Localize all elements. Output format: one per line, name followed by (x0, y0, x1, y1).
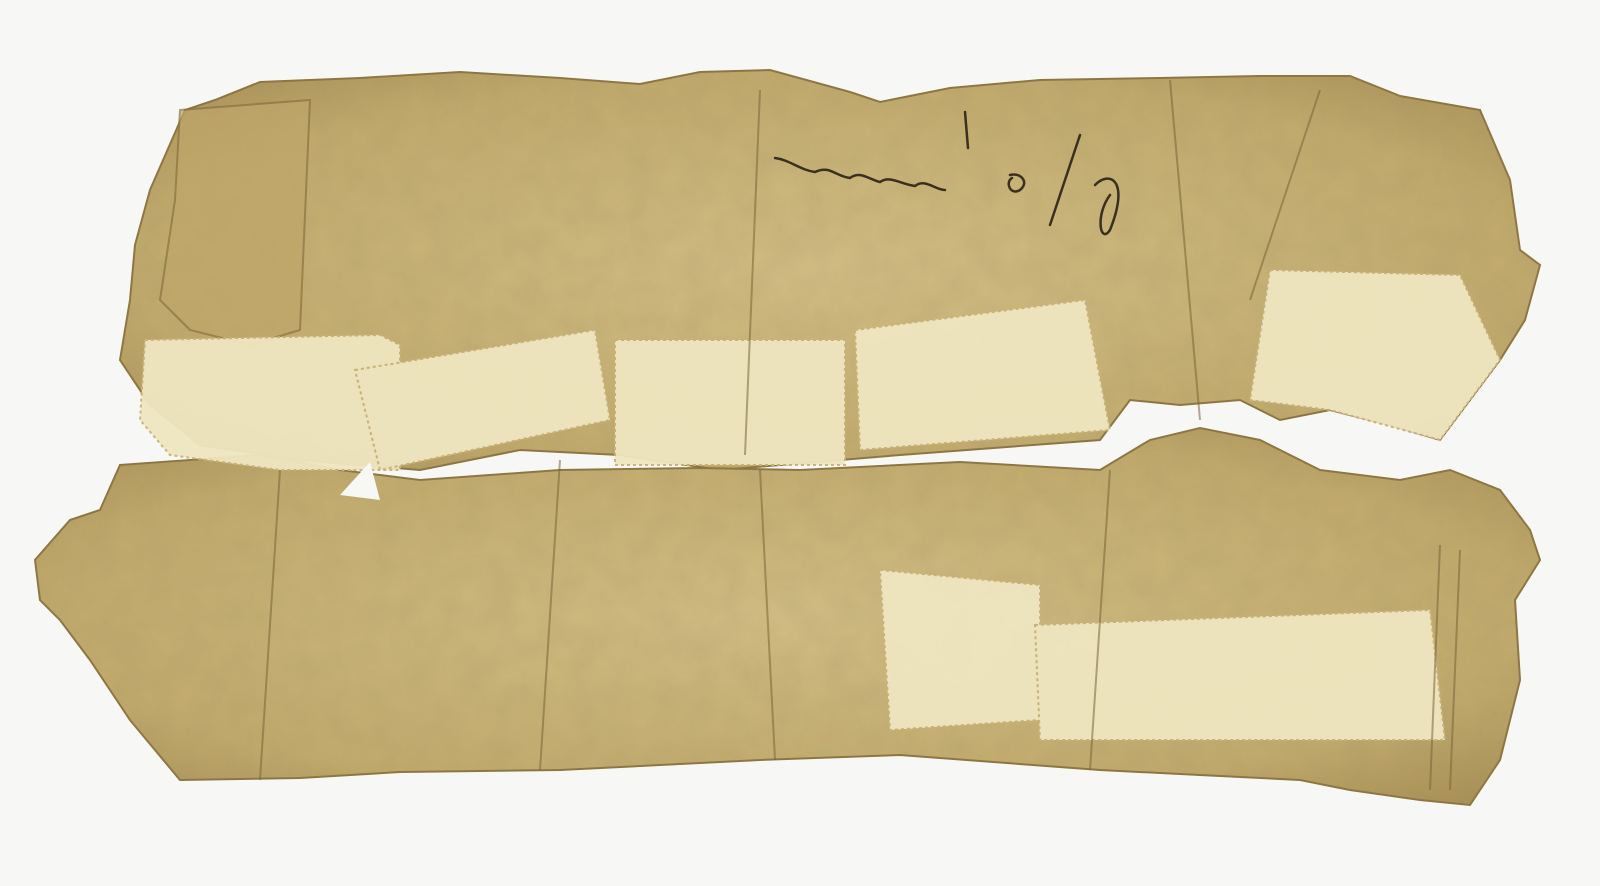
photo: Aged, torn paper fragment repaired with … (0, 0, 1600, 886)
folded-flap (160, 100, 310, 345)
paper-fragment-illustration (0, 0, 1600, 886)
